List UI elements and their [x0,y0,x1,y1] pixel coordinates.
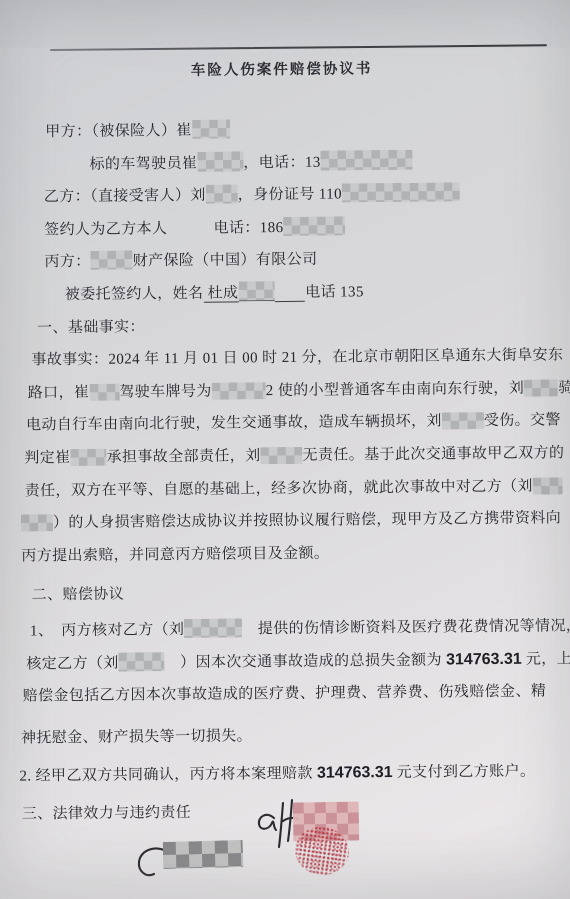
text-segment: 电动自行车由南向北行驶，发生交通事故，造成车辆损坏，刘 [26,414,442,434]
document-title: 车险人伤案件赔偿协议书 [0,55,567,81]
document-line: 路口，崔驾驶车牌号为2 使的小型普通客车由南向东行驶，刘骑 [0,372,570,410]
paper-top-strip [0,0,570,48]
text-segment: 受伤。交警 [484,413,561,430]
document-line: 乙方：（直接受害人）刘，身份证号 110 [0,176,568,214]
handwritten-signature-icon [134,845,176,883]
text-segment: 2 使的小型普通客车由南向东行驶，刘 [266,380,525,398]
redaction-block [260,447,302,464]
text-segment: 丙方提出索赔，并同意丙方赔偿项目及金额。 [21,545,329,564]
text-segment: 一、基础事实： [37,319,145,336]
document-line: 赔偿金包括乙方因本次事故造成的医疗费、护理费、营养费、伤残赔偿金、精 [2,675,570,713]
document-line: ）的人身损害赔偿达成协议并按照协议履行赔偿，现甲方及乙方携带资料向 [1,502,570,540]
document-line: 丙方提出索赔，并同意丙方赔偿项目及金额。 [1,535,570,573]
redaction-block [184,618,242,638]
text-segment: 1、 丙方核对乙方（刘 [30,622,185,639]
text-segment: 杜成 [203,285,238,302]
text-segment: 签约人为乙方本人 电话：186 [44,220,283,238]
text-segment: ）因本次交通事故造成的总损失金额为 [165,652,447,671]
redaction-block [21,514,53,531]
text-segment: 丙方： [44,254,90,270]
redaction-block [342,182,460,202]
document-line: 事故事实：2024 年 11 月 01 日 00 时 21 分，在北京市朝阳区阜… [0,339,570,377]
redaction-block [206,185,238,204]
text-segment: 财产保险（中国）有限公司 [133,252,318,270]
redaction-block [238,281,274,301]
amount-value: 314763.31 [317,764,393,782]
text-segment: 电话 135 [305,284,364,301]
text-segment: 事故事实：2024 年 11 月 01 日 00 时 21 分，在北京市朝阳区阜… [31,347,563,368]
text-segment: ）的人身损害赔偿达成协议并按照协议履行赔偿，现甲方及乙方携带资料向 [53,510,561,531]
redaction-block [192,120,230,139]
document-line: 三、法律效力与违约责任 [4,793,570,831]
text-segment: 元支付到乙方账户。 [393,764,536,781]
redaction-block [89,383,119,400]
redaction-block [533,477,563,494]
text-segment: 2. 经甲乙双方共同确认，丙方将本案理赔款 [19,766,317,785]
redaction-block [91,251,133,270]
document-line: 核定乙方（刘 ）因本次交通事故造成的总损失金额为 314763.31 元，上述 [2,643,570,681]
text-segment: 三、法律效力与违约责任 [22,805,192,823]
text-segment: 元，上述 [522,651,570,668]
document-line: 签约人为乙方本人 电话：186 [0,209,568,247]
text-segment [274,285,305,302]
text-segment: 无责任。基于此次交通事故甲乙双方的 [302,445,564,464]
text-segment: 责任，双方在平等、自愿的基础上，经多次协商，就此次事故中对乙方（刘 [25,478,533,499]
document-line: 判定崔承担事故全部责任，刘无责任。基于此次交通事故甲乙双方的 [0,437,570,475]
redaction-block [283,216,345,236]
document-line: 神抚慰金、财产损失等一切损失。 [3,717,570,755]
text-segment: 甲方：（被保险人）崔 [45,123,192,140]
document-line: 被委托签约人，姓名 杜成 电话 135 [0,274,569,312]
amount-value: 314763.31 [446,650,522,668]
redaction-block [70,449,106,466]
text-segment: 骑 [558,380,570,396]
redaction-block [524,379,558,396]
redaction-block [212,382,266,400]
redaction-block [197,151,243,171]
document-line: 二、赔偿协议 [2,575,570,613]
redaction-block [442,412,484,429]
text-segment: 承担事故全部责任，刘 [106,448,260,465]
text-segment: 判定崔 [24,450,70,466]
document-line: 电动自行车由南向北行驶，发生交通事故，造成车辆损坏，刘受伤。交警 [0,405,570,443]
text-segment: 路口，崔 [28,385,90,402]
document-line: 一、基础事实： [0,307,569,345]
redaction-block [119,652,165,671]
signature-redaction-block [163,840,244,869]
document-body: 甲方：（被保险人）崔标的车驾驶员崔，电话：13乙方：（直接受害人）刘，身份证号 … [0,111,570,831]
text-segment: 驾驶车牌号为 [119,383,212,400]
text-segment: 标的车驾驶员崔 [89,155,197,172]
document-line: 标的车驾驶员崔，电话：13 [0,144,568,182]
document-line: 1、 丙方核对乙方（刘 提供的伤情诊断资料及医疗费花费情况等情况， [2,610,570,648]
document-line: 甲方：（被保险人）崔 [0,111,567,149]
text-segment: 二、赔偿协议 [32,587,125,604]
text-segment: ，电话：13 [243,154,321,171]
text-segment: ，身份证号 110 [238,187,342,204]
text-segment: 被委托签约人，姓名 [65,286,204,303]
fingerprint-stamp [292,823,352,878]
document-line: 丙方：财产保险（中国）有限公司 [0,242,569,280]
text-segment: 核定乙方（刘 [26,655,119,672]
text-segment: 赔偿金包括乙方因本次事故造成的医疗费、护理费、营养费、伤残赔偿金、精 [23,684,547,705]
document-photo: 车险人伤案件赔偿协议书 甲方：（被保险人）崔标的车驾驶员崔，电话：13乙方：（直… [0,0,570,899]
document-line: 2. 经甲乙双方共同确认，丙方将本案理赔款 314763.31 元支付到乙方账户… [3,756,570,794]
text-segment: 提供的伤情诊断资料及医疗费花费情况等情况， [242,618,570,637]
text-segment: 神抚慰金、财产损失等一切损失。 [21,728,252,746]
text-segment: 乙方：（直接受害人）刘 [44,188,206,206]
redaction-block [321,149,413,170]
document-line: 责任，双方在平等、自愿的基础上，经多次协商，就此次事故中对乙方（刘 [1,470,570,508]
